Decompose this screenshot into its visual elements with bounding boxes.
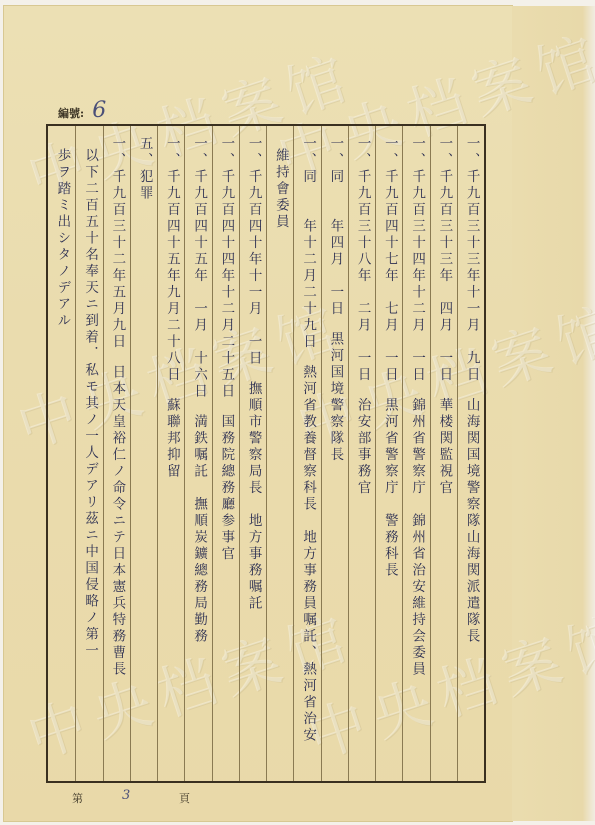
entry-text: 黒河省警察庁 警務科長 <box>382 398 398 580</box>
page-suffix: 頁 <box>179 790 190 806</box>
entry-marker: 一、 <box>409 136 425 169</box>
serial-value: 6 <box>92 98 106 123</box>
entry-marker: 一、 <box>300 136 316 169</box>
entry-text: 犯罪 <box>137 169 153 202</box>
column-text: 一、同 年四月 一日黒河国境警察隊長 <box>328 136 342 464</box>
text-column: 一、千九百三十三年十一月 九日山海関国境警察隊山海関派遣隊長 <box>457 126 484 781</box>
entry-date: 千九百四十四年十二月二十五日 <box>218 169 234 400</box>
entry-date: 千九百四十七年 七月 一日 <box>382 169 398 384</box>
entry-text: 蘇聯邦抑留 <box>164 398 180 481</box>
text-column: 一、同 年十二月二十九日熱河省教養督察科長 地方事務員嘱託、熱河省治安 <box>293 126 320 781</box>
text-column: 一、千九百四十五年 一月 十六日満鉄嘱託 撫順炭鑛總務局勤務 <box>184 126 211 781</box>
entry-text: 山海関国境警察隊山海関派遣隊長 <box>464 398 480 646</box>
column-text: 一、千九百三十三年十一月 九日山海関国境警察隊山海関派遣隊長 <box>464 136 478 645</box>
column-text: 一、千九百三十八年 二月 一日治安部事務官 <box>355 136 369 497</box>
text-column: 一、千九百四十七年 七月 一日黒河省警察庁 警務科長 <box>375 126 402 781</box>
entry-marker: 一、 <box>246 136 262 169</box>
entry-marker: 一、 <box>382 136 398 169</box>
text-column: 一、千九百三十三年 四月 一日華楼関監視官 <box>430 126 457 781</box>
entry-date: 千九百四十五年九月二十八日 <box>164 169 180 384</box>
column-text: 五、犯罪 <box>137 136 151 202</box>
column-text: 一、千九百四十年十一月 一日撫順市警察局長 地方事務嘱託 <box>246 136 260 612</box>
entry-marker: 一、 <box>218 136 234 169</box>
text-column: 以下二百五十名奉天ニ到着．私モ其ノ一人デアリ茲ニ中国侵略ノ第一 <box>75 126 102 781</box>
text-column: 一、同 年四月 一日黒河国境警察隊長 <box>321 126 348 781</box>
text-column: 一、千九百三十四年十二月 一日錦州省警察庁 錦州省治安維持会委員 <box>402 126 429 781</box>
column-text: 一、千九百三十三年 四月 一日華楼関監視官 <box>437 136 451 497</box>
entry-text: 満鉄嘱託 撫順炭鑛總務局勤務 <box>191 414 207 645</box>
entry-marker: 一、 <box>355 136 371 169</box>
text-column: 五、犯罪 <box>130 126 157 781</box>
page-prefix: 第 <box>72 790 83 806</box>
serial-number: 編號: 6 <box>58 98 106 123</box>
entry-text: 以下二百五十名奉天ニ到着．私モ其ノ一人デアリ茲ニ中国侵略ノ第一 <box>82 148 98 660</box>
text-column: 歩ヲ踏ミ出シタノデアル <box>48 126 75 781</box>
entry-marker: 一、 <box>109 136 125 169</box>
text-column: 一、千九百四十四年十二月二十五日国務院總務廳参事官 <box>212 126 239 781</box>
entry-marker: 一、 <box>191 136 207 169</box>
column-text: 一、同 年十二月二十九日熱河省教養督察科長 地方事務員嘱託、熱河省治安 <box>301 136 315 744</box>
column-text: 歩ヲ踏ミ出シタノデアル <box>55 148 69 330</box>
column-text: 一、千九百三十四年十二月 一日錦州省警察庁 錦州省治安維持会委員 <box>410 136 424 678</box>
text-column: 一、千九百四十年十一月 一日撫順市警察局長 地方事務嘱託 <box>239 126 266 781</box>
page-edge <box>512 6 595 821</box>
entry-marker: 五、 <box>137 136 153 169</box>
column-text: 一、千九百四十五年九月二十八日蘇聯邦抑留 <box>164 136 178 480</box>
column-text: 維持會委員 <box>273 148 287 231</box>
entry-text: 維持會委員 <box>273 148 289 231</box>
column-text: 一、千九百四十四年十二月二十五日国務院總務廳参事官 <box>219 136 233 563</box>
page-number: 3 <box>122 788 130 803</box>
entry-text: 日本天皇裕仁ノ命令ニテ日本憲兵特務曹長 <box>109 365 125 679</box>
entry-date: 千九百三十四年十二月 一日 <box>409 169 425 384</box>
text-column: 一、千九百四十五年九月二十八日蘇聯邦抑留 <box>157 126 184 781</box>
column-text: 一、千九百四十五年 一月 十六日満鉄嘱託 撫順炭鑛總務局勤務 <box>192 136 206 645</box>
entry-date: 同 年十二月二十九日 <box>300 169 316 351</box>
serial-label: 編號: <box>58 107 84 120</box>
entry-date: 千九百三十三年十一月 九日 <box>464 169 480 384</box>
column-text: 一、千九百四十七年 七月 一日黒河省警察庁 警務科長 <box>382 136 396 579</box>
entry-text: 華楼関監視官 <box>436 398 452 497</box>
entry-date: 千九百三十三年 四月 一日 <box>436 169 452 384</box>
column-text: 一、千九百三十二年五月九日日本天皇裕仁ノ命令ニテ日本憲兵特務曹長 <box>110 136 124 678</box>
ruled-table: 一、千九百三十三年十一月 九日山海関国境警察隊山海関派遣隊長一、千九百三十三年 … <box>46 124 486 783</box>
entry-date: 同 年四月 一日 <box>327 169 343 318</box>
text-column: 一、千九百三十八年 二月 一日治安部事務官 <box>348 126 375 781</box>
text-column: 維持會委員 <box>266 126 293 781</box>
entry-text: 歩ヲ踏ミ出シタノデアル <box>54 148 70 330</box>
entry-text: 熱河省教養督察科長 地方事務員嘱託、熱河省治安 <box>300 365 316 745</box>
entry-date: 千九百三十二年五月九日 <box>109 169 125 351</box>
text-column: 一、千九百三十二年五月九日日本天皇裕仁ノ命令ニテ日本憲兵特務曹長 <box>103 126 130 781</box>
entry-text: 黒河国境警察隊長 <box>327 332 343 464</box>
entry-text: 撫順市警察局長 地方事務嘱託 <box>246 381 262 612</box>
entry-marker: 一、 <box>436 136 452 169</box>
entry-marker: 一、 <box>464 136 480 169</box>
entry-date: 千九百四十年十一月 一日 <box>246 169 262 367</box>
entry-text: 錦州省警察庁 錦州省治安維持会委員 <box>409 398 425 679</box>
entry-text: 国務院總務廳参事官 <box>218 414 234 563</box>
column-text: 以下二百五十名奉天ニ到着．私モ其ノ一人デアリ茲ニ中国侵略ノ第一 <box>83 148 97 660</box>
entry-marker: 一、 <box>164 136 180 169</box>
entry-text: 治安部事務官 <box>355 398 371 497</box>
entry-date: 千九百三十八年 二月 一日 <box>355 169 371 384</box>
entry-date: 千九百四十五年 一月 十六日 <box>191 169 207 400</box>
entry-marker: 一、 <box>327 136 343 169</box>
